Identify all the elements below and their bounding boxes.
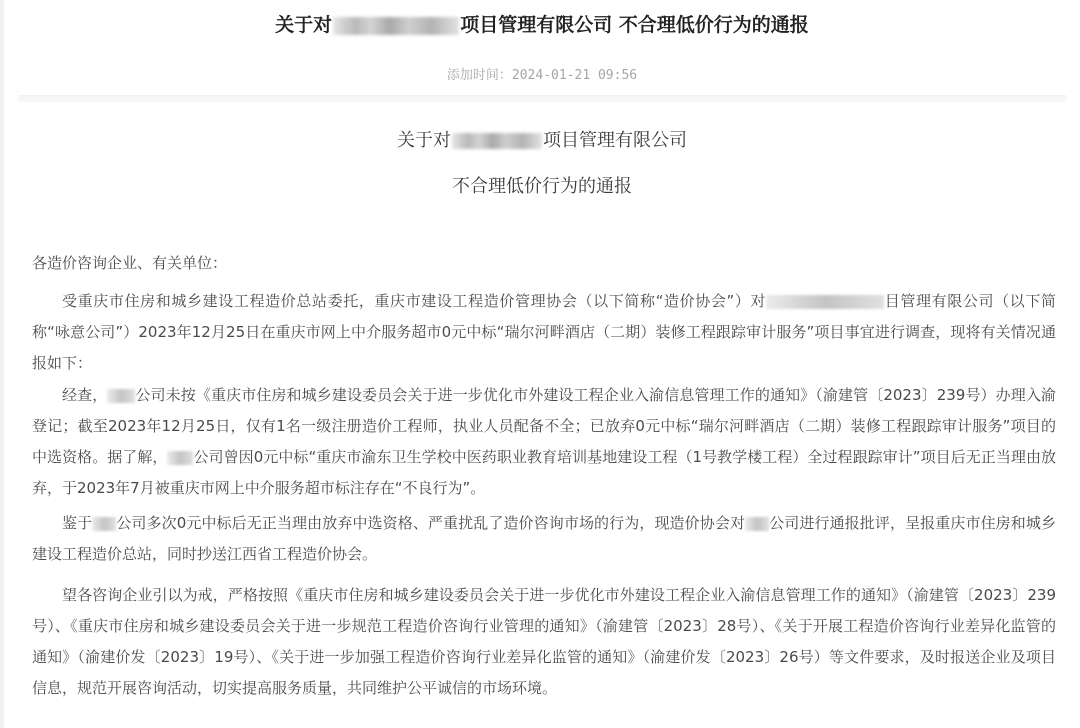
paragraph-1: 受重庆市住房和城乡建设工程造价总站委托，重庆市建设工程造价管理协会（以下简称“造… [32,286,1056,379]
p1-text-a: 受重庆市住房和城乡建设工程造价总站委托，重庆市建设工程造价管理协会（以下简称“造… [62,292,766,310]
article-header-title: 关于对项目管理有限公司 不合理低价行为的通报 [4,10,1080,37]
header-title-prefix: 关于对 [275,14,332,36]
redacted-company-name [745,517,769,531]
redacted-company-name [766,295,884,309]
redacted-company-name [167,451,193,465]
divider [18,95,1066,102]
added-time-value: 2024-01-21 09:56 [512,68,637,83]
paragraph-3: 鉴于公司多次0元中标后无正当理由放弃中选资格、严重扰乱了造价咨询市场的行为，现造… [32,508,1056,570]
added-time-label: 添加时间： [447,68,512,83]
p3-text-b: 公司多次0元中标后无正当理由放弃中选资格、严重扰乱了造价咨询市场的行为，现造价协… [116,514,745,532]
header-title-suffix: 项目管理有限公司 不合理低价行为的通报 [460,14,809,36]
redacted-company-name [107,389,135,403]
salutation: 各造价咨询企业、有关单位： [32,248,1056,279]
paragraph-2: 经查，公司未按《重庆市住房和城乡建设委员会关于进一步优化市外建设工程企业入渝信息… [32,380,1056,504]
article-page: 关于对项目管理有限公司 不合理低价行为的通报 添加时间：2024-01-21 0… [0,0,1080,728]
redacted-company-name [452,133,542,149]
p2-text-a: 经查， [62,386,107,404]
paragraph-4: 望各咨询企业引以为戒，严格按照《重庆市住房和城乡建设委员会关于进一步优化市外建设… [32,580,1056,704]
doc-title-prefix: 关于对 [397,130,451,151]
redacted-company-name [92,517,116,531]
redacted-company-name [333,17,459,35]
doc-title-suffix: 项目管理有限公司 [543,130,687,151]
document-title-line1: 关于对项目管理有限公司 [4,126,1080,152]
added-time: 添加时间：2024-01-21 09:56 [4,64,1080,83]
p3-text-a: 鉴于 [62,514,92,532]
document-title-line2: 不合理低价行为的通报 [4,172,1080,198]
